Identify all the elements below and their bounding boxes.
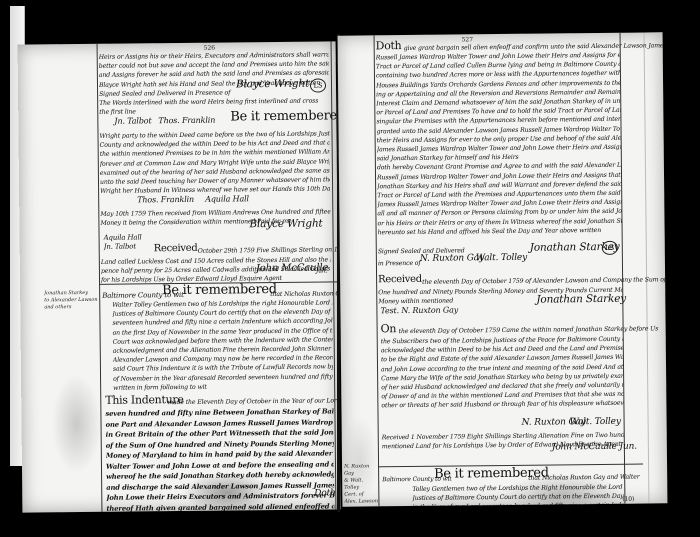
text-line: and others <box>44 304 98 312</box>
signature-suffix: Jun. <box>316 266 328 275</box>
witnesses-list: Aquila Hall Jn. Talbot <box>104 233 142 251</box>
witness-name: Aquila Hall <box>104 233 142 242</box>
seal-mark: LS <box>310 78 326 92</box>
signature-tolley: Walt. Tolley <box>476 254 527 264</box>
certification-block: Walter Tolley Gentlemen two of his Lords… <box>112 298 333 392</box>
signature-hall: Aquila Hall <box>205 194 249 204</box>
text-line: October 29th 1759 Five Shillings Sterlin… <box>198 245 332 256</box>
catchword: Doth <box>314 489 336 498</box>
folio-mark: (10) <box>622 495 634 504</box>
text-line: other or threats of her said Husband or … <box>381 399 623 411</box>
text-line: written in form following to wit <box>113 381 333 393</box>
signature-tolley-2: Walt. Tolley <box>570 418 621 428</box>
heading-on: On <box>381 324 397 333</box>
opening-word: Doth <box>376 41 402 50</box>
presence-line: in Presence of <box>378 259 421 269</box>
heading-be-it-remembered: Be it remembered <box>230 111 340 121</box>
ink-smudge <box>182 472 272 513</box>
signature-franklin: Thos. Franklin <box>137 195 194 205</box>
ink-smudge <box>502 473 622 507</box>
margin-note: Jonathan Starkey to Alexander Lawson and… <box>44 290 98 312</box>
seal-mark: LS <box>602 241 618 255</box>
bleed-through-shadow <box>342 415 379 505</box>
witness-franklin: Thos. Franklin <box>158 116 215 126</box>
signature-mccaulle: John McCaulle Jun. <box>552 443 637 453</box>
received-witness: Test. N. Ruxton Gay <box>380 305 458 315</box>
heading-be-it-remembered-2: Be it remembered <box>162 285 277 295</box>
acknowledgment-block: the Subscribers two of the Lordships Jus… <box>381 335 624 411</box>
heading-received: Received <box>378 275 422 285</box>
text-line: hereunto set his Hand and affixed his Se… <box>378 226 622 238</box>
page-edge-line <box>644 32 650 503</box>
signature-blayce-wright-2: Blayce Wright <box>249 219 322 229</box>
acknowledgment-block: Wright party to the within Deed came bef… <box>99 129 330 196</box>
left-ledger-page: 526 Heirs or Assigns his or their Heirs,… <box>18 41 341 512</box>
witness-talbot: Jn. Talbot <box>114 116 151 126</box>
conveyance-block: Russell James Wardrop Walter Tower and J… <box>376 51 622 238</box>
signature-blayce-wright: Blayce Wright <box>236 80 309 90</box>
witness-name: Jn. Talbot <box>104 242 142 251</box>
heading-received: Received <box>154 244 198 254</box>
signature-ruxton-gay: N. Ruxton Gay <box>420 254 484 264</box>
bleed-through-shadow <box>51 374 102 475</box>
signature-jonathan-starkey-2: Jonathan Starkey <box>536 295 626 305</box>
right-ledger-page: 527 Doth give grant bargain sell alien e… <box>338 32 668 506</box>
